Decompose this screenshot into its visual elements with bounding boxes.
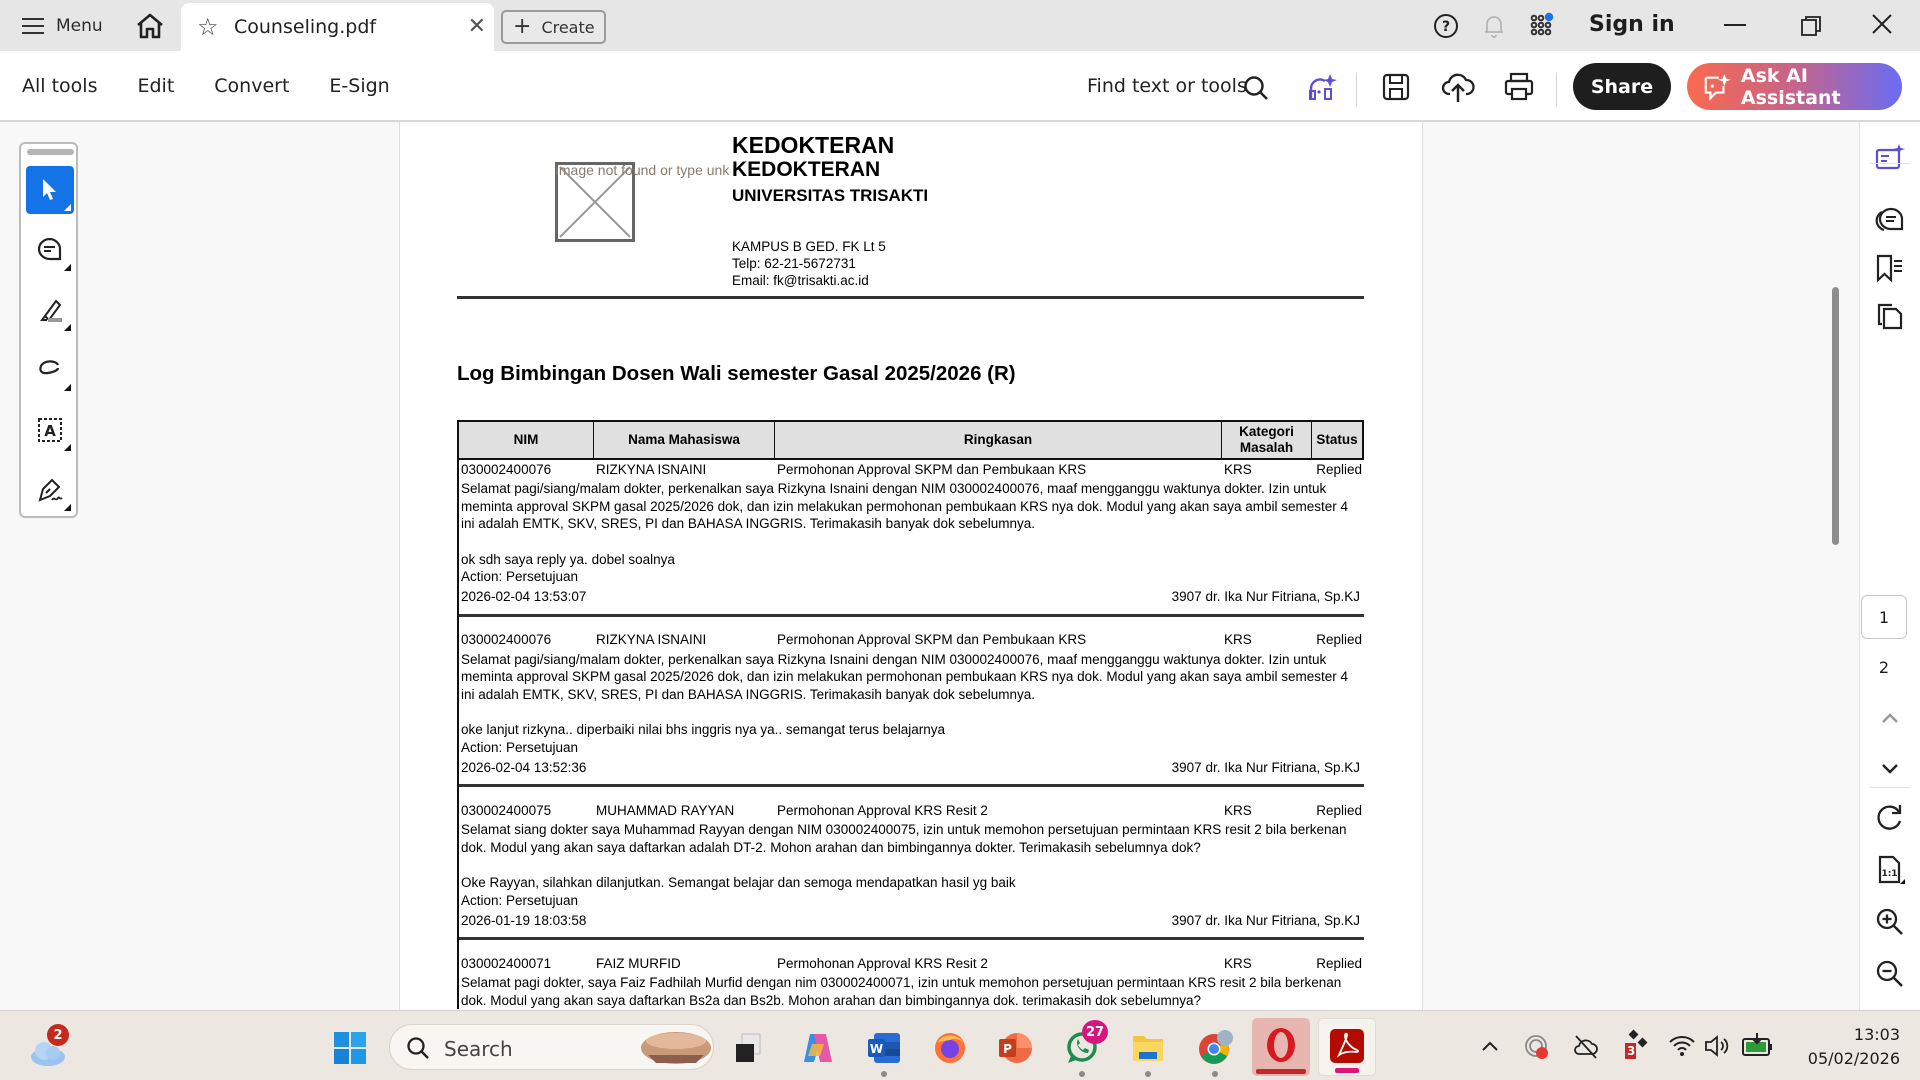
- ask-ai-assistant-button[interactable]: Ask AI Assistant: [1687, 63, 1902, 110]
- chrome-icon: [1196, 1029, 1234, 1067]
- advisor-reply: ok sdh saya reply ya. dobel soalnya: [461, 551, 1364, 569]
- word-app[interactable]: W: [864, 1028, 904, 1068]
- advisor-name: 3907 dr. Ika Nur Fitriana, Sp.KJ: [1172, 759, 1360, 777]
- create-button[interactable]: + Create: [501, 10, 606, 44]
- record-summary-line: 030002400076 RIZKYNA ISNAINI Permohonan …: [459, 460, 1364, 479]
- comment-icon: [36, 236, 64, 264]
- advisor-reply: Oke Rayyan, silahkan dilanjutkan. Semang…: [461, 874, 1364, 892]
- advisor-name: 3907 dr. Ika Nur Fitriana, Sp.KJ: [1172, 912, 1360, 930]
- create-label: Create: [541, 18, 594, 37]
- tray-network-icon[interactable]: [1525, 1032, 1551, 1060]
- column-header-nim: NIM: [459, 422, 594, 458]
- draw-tool[interactable]: [26, 346, 74, 394]
- name-cell: FAIZ MURFID: [594, 955, 775, 973]
- category-cell: KRS: [1222, 802, 1312, 820]
- task-view-icon: [732, 1032, 764, 1064]
- phone: Telp: 62-21-5672731: [732, 255, 886, 272]
- highlight-tool[interactable]: [26, 286, 74, 334]
- scroll-up-icon[interactable]: [1874, 703, 1906, 735]
- timestamp: 2026-02-04 13:52:36: [461, 759, 586, 777]
- timestamp: 2026-01-19 18:03:58: [461, 912, 586, 930]
- svg-text:1:1: 1:1: [1881, 869, 1897, 879]
- contact-block: KAMPUS B GED. FK Lt 5 Telp: 62-21-567273…: [732, 238, 886, 289]
- record-summary-line: 030002400075 MUHAMMAD RAYYAN Permohonan …: [459, 801, 1364, 820]
- system-clock[interactable]: 13:03 05/02/2026: [1790, 1023, 1900, 1071]
- copilot-icon: [800, 1030, 836, 1066]
- toolbar-divider: [1356, 73, 1357, 107]
- address: KAMPUS B GED. FK Lt 5: [732, 238, 886, 255]
- running-indicator: [1145, 1071, 1151, 1077]
- pen-sign-icon: [36, 476, 64, 504]
- column-header-status: Status: [1312, 422, 1362, 458]
- close-tab-icon[interactable]: ✕: [468, 14, 486, 39]
- column-header-category: Kategori Masalah: [1222, 422, 1312, 458]
- record-footer: 2026-02-04 13:53:07 3907 dr. Ika Nur Fit…: [461, 588, 1364, 606]
- esign-menu[interactable]: E-Sign: [329, 75, 389, 97]
- task-view-button[interactable]: [728, 1028, 768, 1068]
- print-icon[interactable]: [1503, 72, 1535, 102]
- tab-title: Counseling.pdf: [234, 16, 376, 38]
- close-window-icon[interactable]: [1868, 10, 1896, 38]
- logo-alt-text: Image not found or type unknown: [555, 162, 730, 178]
- svg-text:?: ?: [1442, 19, 1450, 35]
- whatsapp-badge: 27: [1082, 1020, 1108, 1044]
- record-summary-line: 030002400071 FAIZ MURFID Permohonan Appr…: [459, 954, 1364, 973]
- cursor-arrow-icon: [38, 177, 62, 203]
- star-icon[interactable]: ☆: [197, 15, 219, 39]
- word-icon: W: [866, 1030, 902, 1066]
- hamburger-icon: [22, 18, 44, 34]
- nim-cell: 030002400076: [459, 631, 594, 649]
- select-tool[interactable]: [26, 166, 74, 214]
- table-row: 030002400076 RIZKYNA ISNAINI Permohonan …: [459, 631, 1364, 788]
- opera-icon: [1263, 1026, 1299, 1064]
- comments-panel-icon[interactable]: [1874, 204, 1906, 236]
- action-text: Action: Persetujuan: [461, 568, 1364, 586]
- rail-divider: [1870, 787, 1910, 788]
- apps-grid-icon[interactable]: [1528, 12, 1556, 40]
- show-hidden-icons-icon[interactable]: [1480, 1038, 1500, 1054]
- record-divider: [459, 614, 1364, 617]
- advisor-reply: oke lanjut rizkyna.. diperbaiki nilai bh…: [461, 721, 1364, 739]
- category-cell: KRS: [1222, 631, 1312, 649]
- record-divider: [459, 937, 1364, 940]
- table-row: 030002400071 FAIZ MURFID Permohonan Appr…: [459, 954, 1364, 1009]
- university-name: UNIVERSITAS TRISAKTI: [732, 186, 928, 206]
- restore-icon[interactable]: [1799, 14, 1823, 38]
- summary-cell: Permohonan Approval KRS Resit 2: [775, 955, 1222, 973]
- battery-charging-icon[interactable]: [1741, 1031, 1773, 1059]
- page-thumb-2[interactable]: 2: [1861, 645, 1907, 689]
- quick-tools-palette: A: [19, 142, 78, 518]
- table-row: 030002400076 RIZKYNA ISNAINI Permohonan …: [459, 460, 1364, 617]
- timestamp: 2026-02-04 13:53:07: [461, 588, 586, 606]
- name-cell: RIZKYNA ISNAINI: [594, 631, 775, 649]
- ai-summary-icon[interactable]: [1874, 143, 1906, 175]
- record-footer: 2026-01-19 18:03:58 3907 dr. Ika Nur Fit…: [461, 912, 1364, 930]
- opera-app[interactable]: [1252, 1018, 1310, 1076]
- summary-cell: Permohonan Approval SKPM dan Pembukaan K…: [775, 461, 1222, 479]
- file-explorer-app[interactable]: [1128, 1028, 1168, 1068]
- status-cell: Replied: [1312, 955, 1364, 973]
- tray-badge: 3: [1627, 1044, 1635, 1058]
- cloud-sync-off-icon[interactable]: [1572, 1032, 1600, 1060]
- search-placeholder: Search: [444, 1037, 513, 1061]
- lasso-icon: [36, 356, 64, 384]
- firefox-icon: [932, 1030, 968, 1066]
- student-message: Selamat pagi dokter, saya Faiz Fadhilah …: [461, 973, 1364, 1009]
- nim-cell: 030002400071: [459, 955, 594, 973]
- running-indicator: [1079, 1071, 1085, 1077]
- student-message: Selamat siang dokter saya Muhammad Rayya…: [461, 820, 1364, 856]
- nim-cell: 030002400075: [459, 802, 594, 820]
- clock-date: 05/02/2026: [1790, 1047, 1900, 1071]
- status-cell: Replied: [1312, 461, 1364, 479]
- whatsapp-app[interactable]: 27: [1062, 1028, 1102, 1068]
- windows-taskbar: 2 Search W P 27: [0, 1010, 1920, 1080]
- search-icon[interactable]: [1242, 74, 1270, 102]
- convert-menu[interactable]: Convert: [214, 75, 289, 97]
- folder-icon: [1130, 1030, 1166, 1066]
- search-highlight-image: [640, 1031, 712, 1065]
- tool-nav: All tools Edit Convert E-Sign: [22, 75, 430, 97]
- svg-text:P: P: [1003, 1042, 1012, 1056]
- text-box-icon: A: [36, 416, 64, 444]
- plus-icon: +: [513, 17, 531, 37]
- name-cell: MUHAMMAD RAYYAN: [594, 802, 775, 820]
- column-header-name: Nama Mahasiswa: [594, 422, 775, 458]
- action-text: Action: Persetujuan: [461, 739, 1364, 757]
- tray-app-icon[interactable]: 3: [1620, 1029, 1650, 1061]
- category-cell: KRS: [1222, 955, 1312, 973]
- taskbar-search[interactable]: Search: [389, 1024, 714, 1070]
- svg-text:W: W: [870, 1042, 883, 1056]
- share-button[interactable]: Share: [1573, 63, 1671, 110]
- menu-label: Menu: [56, 16, 103, 36]
- table-header: NIM Nama Mahasiswa Ringkasan Kategori Ma…: [457, 420, 1364, 460]
- right-sidebar: 1:1: [1859, 122, 1920, 1010]
- all-tools-menu[interactable]: All tools: [22, 75, 97, 97]
- help-icon[interactable]: ?: [1432, 12, 1460, 40]
- title-bar: Menu ☆ Counseling.pdf ✕ + Create ? Sign …: [0, 0, 1920, 51]
- svg-text:A: A: [44, 422, 56, 440]
- windows-logo-icon: [333, 1031, 367, 1065]
- cloud-upload-icon[interactable]: [1441, 70, 1475, 104]
- firefox-app[interactable]: [930, 1028, 970, 1068]
- powerpoint-icon: P: [997, 1030, 1033, 1066]
- zoom-in-icon[interactable]: [1874, 906, 1906, 938]
- chrome-app[interactable]: [1195, 1028, 1235, 1068]
- rotate-icon[interactable]: [1874, 802, 1906, 834]
- name-cell: RIZKYNA ISNAINI: [594, 461, 775, 479]
- category-cell: KRS: [1222, 461, 1312, 479]
- palette-drag-handle[interactable]: [27, 149, 74, 155]
- bell-icon[interactable]: [1480, 12, 1508, 40]
- text-tool[interactable]: A: [26, 406, 74, 454]
- pages-icon[interactable]: [1874, 300, 1906, 332]
- summary-cell: Permohonan Approval SKPM dan Pembukaan K…: [775, 631, 1222, 649]
- column-header-summary: Ringkasan: [775, 422, 1222, 458]
- zoom-out-icon[interactable]: [1874, 958, 1906, 990]
- start-button[interactable]: [330, 1028, 370, 1068]
- acrobat-app[interactable]: [1318, 1018, 1376, 1076]
- acrobat-icon: [1329, 1028, 1365, 1064]
- student-message: Selamat pagi/siang/malam dokter, perkena…: [461, 479, 1364, 533]
- ai-label: Ask AI Assistant: [1741, 65, 1902, 109]
- record-footer: 2026-02-04 13:52:36 3907 dr. Ika Nur Fit…: [461, 759, 1364, 777]
- powerpoint-app[interactable]: P: [995, 1028, 1035, 1068]
- highlighter-icon: [36, 296, 64, 324]
- scroll-down-icon[interactable]: [1874, 752, 1906, 784]
- toolbar-divider: [1556, 73, 1557, 107]
- ai-chat-icon: [1703, 72, 1731, 102]
- active-indicator: [1256, 1069, 1306, 1074]
- weather-badge: 2: [47, 1024, 69, 1046]
- minimize-icon[interactable]: [1722, 14, 1748, 36]
- table-body: 030002400076 RIZKYNA ISNAINI Permohonan …: [457, 460, 1364, 1009]
- document-tab[interactable]: ☆ Counseling.pdf ✕: [181, 3, 494, 51]
- bookmarks-icon[interactable]: [1874, 252, 1906, 284]
- find-text-or-tools[interactable]: Find text or tools: [1087, 75, 1247, 97]
- active-indicator: [1335, 1068, 1359, 1073]
- student-message: Selamat pagi/siang/malam dokter, perkena…: [461, 650, 1364, 704]
- clock-time: 13:03: [1790, 1023, 1900, 1047]
- sign-tool[interactable]: [26, 466, 74, 514]
- running-indicator: [881, 1071, 887, 1077]
- rail-divider: [1870, 163, 1910, 164]
- advisor-name: 3907 dr. Ika Nur Fitriana, Sp.KJ: [1172, 588, 1360, 606]
- sign-in-button[interactable]: Sign in: [1589, 12, 1675, 37]
- org-name-2: KEDOKTERAN: [732, 158, 880, 182]
- wifi-icon[interactable]: [1668, 1033, 1696, 1059]
- copilot-app[interactable]: [798, 1028, 838, 1068]
- action-text: Action: Persetujuan: [461, 892, 1364, 910]
- edit-menu[interactable]: Edit: [137, 75, 174, 97]
- menu-button[interactable]: Menu: [22, 0, 103, 51]
- record-summary-line: 030002400076 RIZKYNA ISNAINI Permohonan …: [459, 631, 1364, 650]
- search-icon: [406, 1036, 430, 1060]
- status-cell: Replied: [1312, 802, 1364, 820]
- ai-tools-icon[interactable]: [1306, 71, 1338, 103]
- pdf-page: Image not found or type unknown KEDOKTER…: [399, 122, 1423, 1010]
- status-cell: Replied: [1312, 631, 1364, 649]
- document-title: Log Bimbingan Dosen Wali semester Gasal …: [457, 362, 1016, 386]
- org-name-1: KEDOKTERAN: [732, 132, 894, 159]
- header-divider: [457, 296, 1364, 299]
- running-indicator: [1212, 1071, 1218, 1077]
- email: Email: fk@trisakti.ac.id: [732, 272, 886, 289]
- save-icon[interactable]: [1381, 72, 1411, 102]
- table-row: 030002400075 MUHAMMAD RAYYAN Permohonan …: [459, 801, 1364, 940]
- page-thumb-1[interactable]: 1: [1861, 595, 1907, 639]
- home-icon[interactable]: [134, 12, 166, 40]
- nim-cell: 030002400076: [459, 461, 594, 479]
- actual-size-icon[interactable]: 1:1: [1874, 854, 1906, 886]
- volume-icon[interactable]: [1703, 1033, 1733, 1059]
- summary-cell: Permohonan Approval KRS Resit 2: [775, 802, 1222, 820]
- comment-tool[interactable]: [26, 226, 74, 274]
- vertical-scrollbar[interactable]: [1832, 287, 1839, 545]
- counseling-log-table: NIM Nama Mahasiswa Ringkasan Kategori Ma…: [457, 420, 1364, 1009]
- document-viewport[interactable]: Image not found or type unknown KEDOKTER…: [0, 122, 1859, 1010]
- record-divider: [459, 784, 1364, 787]
- weather-widget[interactable]: 2: [28, 1031, 68, 1071]
